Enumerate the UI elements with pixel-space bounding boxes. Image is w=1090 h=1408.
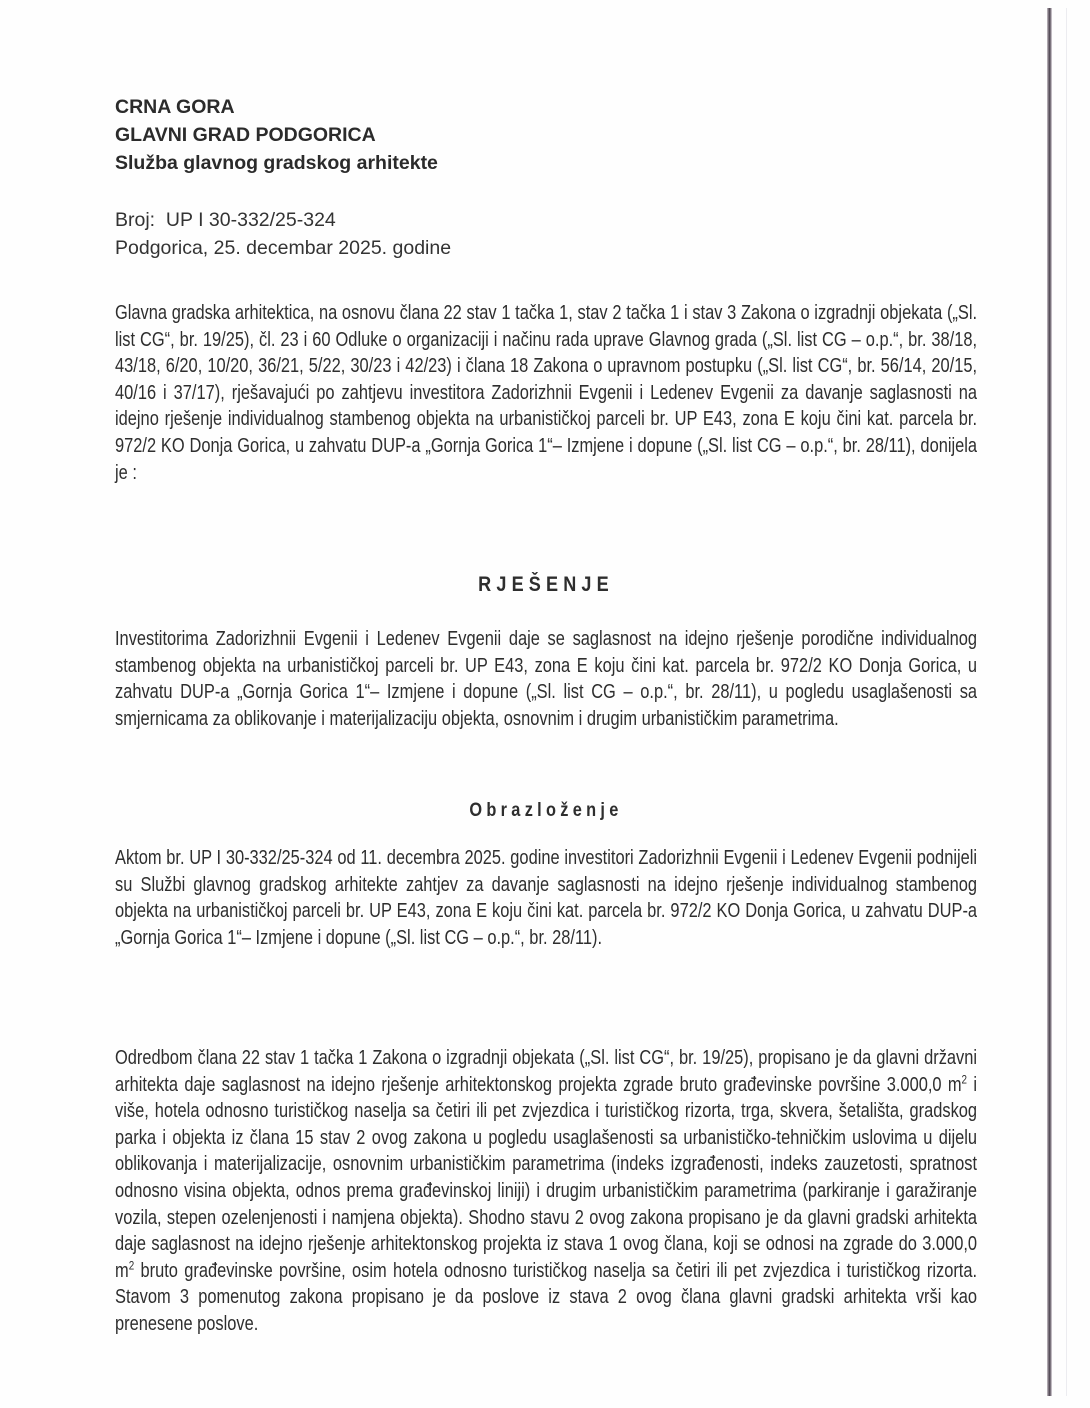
reasoning-title: Obrazloženje	[175, 800, 916, 822]
reasoning-text-2: Odredbom člana 22 stav 1 tačka 1 Zakona …	[115, 1045, 977, 1338]
intro-text: Glavna gradska arhitektica, na osnovu čl…	[115, 300, 977, 486]
scan-edge-line	[1047, 8, 1052, 1400]
reasoning-text-1: Aktom br. UP I 30-332/25-324 od 11. dece…	[115, 845, 977, 951]
intro-paragraph: Glavna gradska arhitektica, na osnovu čl…	[115, 300, 977, 486]
reasoning-paragraph-1: Aktom br. UP I 30-332/25-324 od 11. dece…	[115, 845, 977, 951]
reasoning-paragraph-2: Odredbom člana 22 stav 1 tačka 1 Zakona …	[115, 1045, 977, 1338]
reasoning-text-2-part1: Odredbom člana 22 stav 1 tačka 1 Zakona …	[115, 1047, 977, 1096]
document-number: Broj: UP I 30-332/25-324	[115, 206, 451, 234]
document-page: CRNA GORA GLAVNI GRAD PODGORICA Služba g…	[0, 0, 1090, 1408]
document-place-date: Podgorica, 25. decembar 2025. godine	[115, 234, 451, 262]
decision-paragraph: Investitorima Zadorizhnii Evgenii i Lede…	[115, 626, 977, 732]
reasoning-text-2-part3: bruto građevinske površine, osim hotela …	[115, 1260, 977, 1335]
document-header: CRNA GORA GLAVNI GRAD PODGORICA Služba g…	[115, 93, 438, 177]
header-city: GLAVNI GRAD PODGORICA	[115, 121, 438, 149]
decision-text: Investitorima Zadorizhnii Evgenii i Lede…	[115, 626, 977, 732]
decision-title: RJEŠENJE	[175, 573, 916, 597]
page-cut-mask	[0, 1396, 1090, 1408]
reasoning-text-2-part2: i više, hotela odnosno turističkog nasel…	[115, 1074, 977, 1282]
header-office: Služba glavnog gradskog arhitekte	[115, 149, 438, 177]
header-country: CRNA GORA	[115, 93, 438, 121]
document-meta: Broj: UP I 30-332/25-324 Podgorica, 25. …	[115, 206, 451, 262]
scan-edge-faint-line	[1066, 8, 1067, 1400]
